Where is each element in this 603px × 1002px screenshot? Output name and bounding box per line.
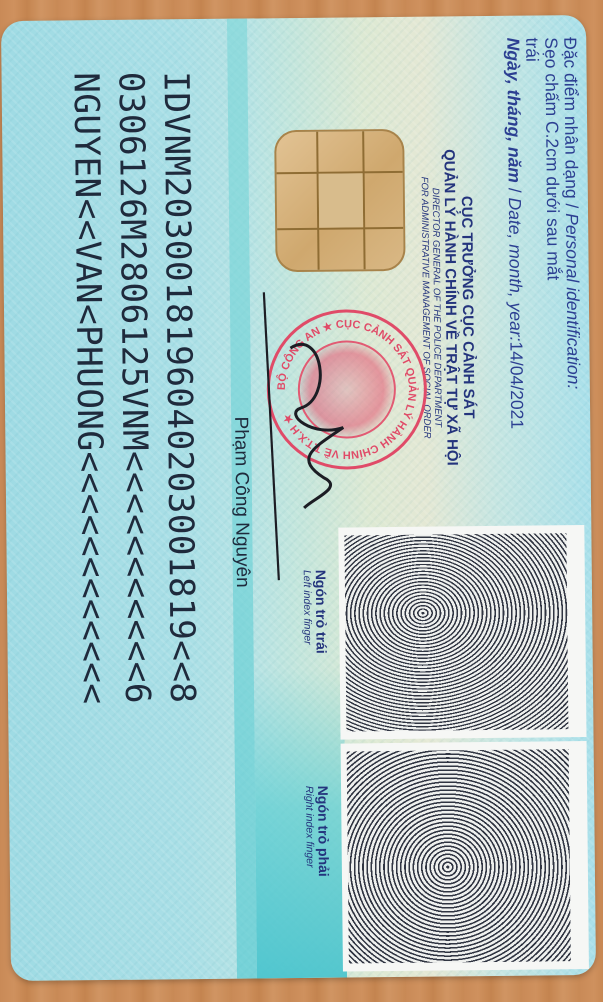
left-finger-label: Ngón trỏ trái Left index finger xyxy=(301,570,330,654)
mrz-line-3: NGUYEN<<VAN<PHUONG<<<<<<<<<<<< xyxy=(63,72,115,705)
right-finger-label: Ngón trỏ phải Right index finger xyxy=(303,786,332,877)
right-finger-label-vn: Ngón trỏ phải xyxy=(315,786,332,877)
signer-name: Phạm Công Nguyên xyxy=(229,416,253,587)
right-index-fingerprint xyxy=(341,741,589,972)
id-card-back: Đặc điểm nhân dạng / Personal identifica… xyxy=(1,15,596,981)
personal-id-label-en: Personal identification: xyxy=(562,213,584,389)
authority-title-line1: CỤC TRƯỞNG CỤC CẢNH SÁT xyxy=(457,142,477,472)
left-finger-label-vn: Ngón trỏ trái xyxy=(313,570,330,654)
personal-id-label-vn: Đặc điểm nhân dạng xyxy=(560,37,582,199)
machine-readable-zone: IDVNM2030018196040203001819<<8 0306126M2… xyxy=(63,71,205,705)
issue-date-value: 14/04/2021 xyxy=(506,341,527,429)
right-finger-label-en: Right index finger xyxy=(303,786,316,877)
left-finger-label-en: Left index finger xyxy=(301,570,314,654)
authority-title-line2: QUẢN LÝ HÀNH CHÍNH VỀ TRẬT TỰ XÃ HỘI xyxy=(440,142,460,472)
left-index-fingerprint xyxy=(338,525,586,740)
issuing-authority: CỤC TRƯỞNG CỤC CẢNH SÁT QUẢN LÝ HÀNH CHÍ… xyxy=(418,142,477,473)
issue-date-label-vn: Ngày, tháng, năm xyxy=(503,38,525,183)
smart-card-chip xyxy=(274,129,405,272)
security-gradient xyxy=(254,668,347,979)
mrz-line-1: IDVNM2030018196040203001819<<8 xyxy=(153,71,205,704)
personal-identification-block: Đặc điểm nhân dạng / Personal identifica… xyxy=(503,37,583,429)
mrz-line-2: 0306126M2806125VNM<<<<<<<<<<<6 xyxy=(108,72,160,705)
issue-date-label-en: Date, month, year: xyxy=(505,197,527,341)
